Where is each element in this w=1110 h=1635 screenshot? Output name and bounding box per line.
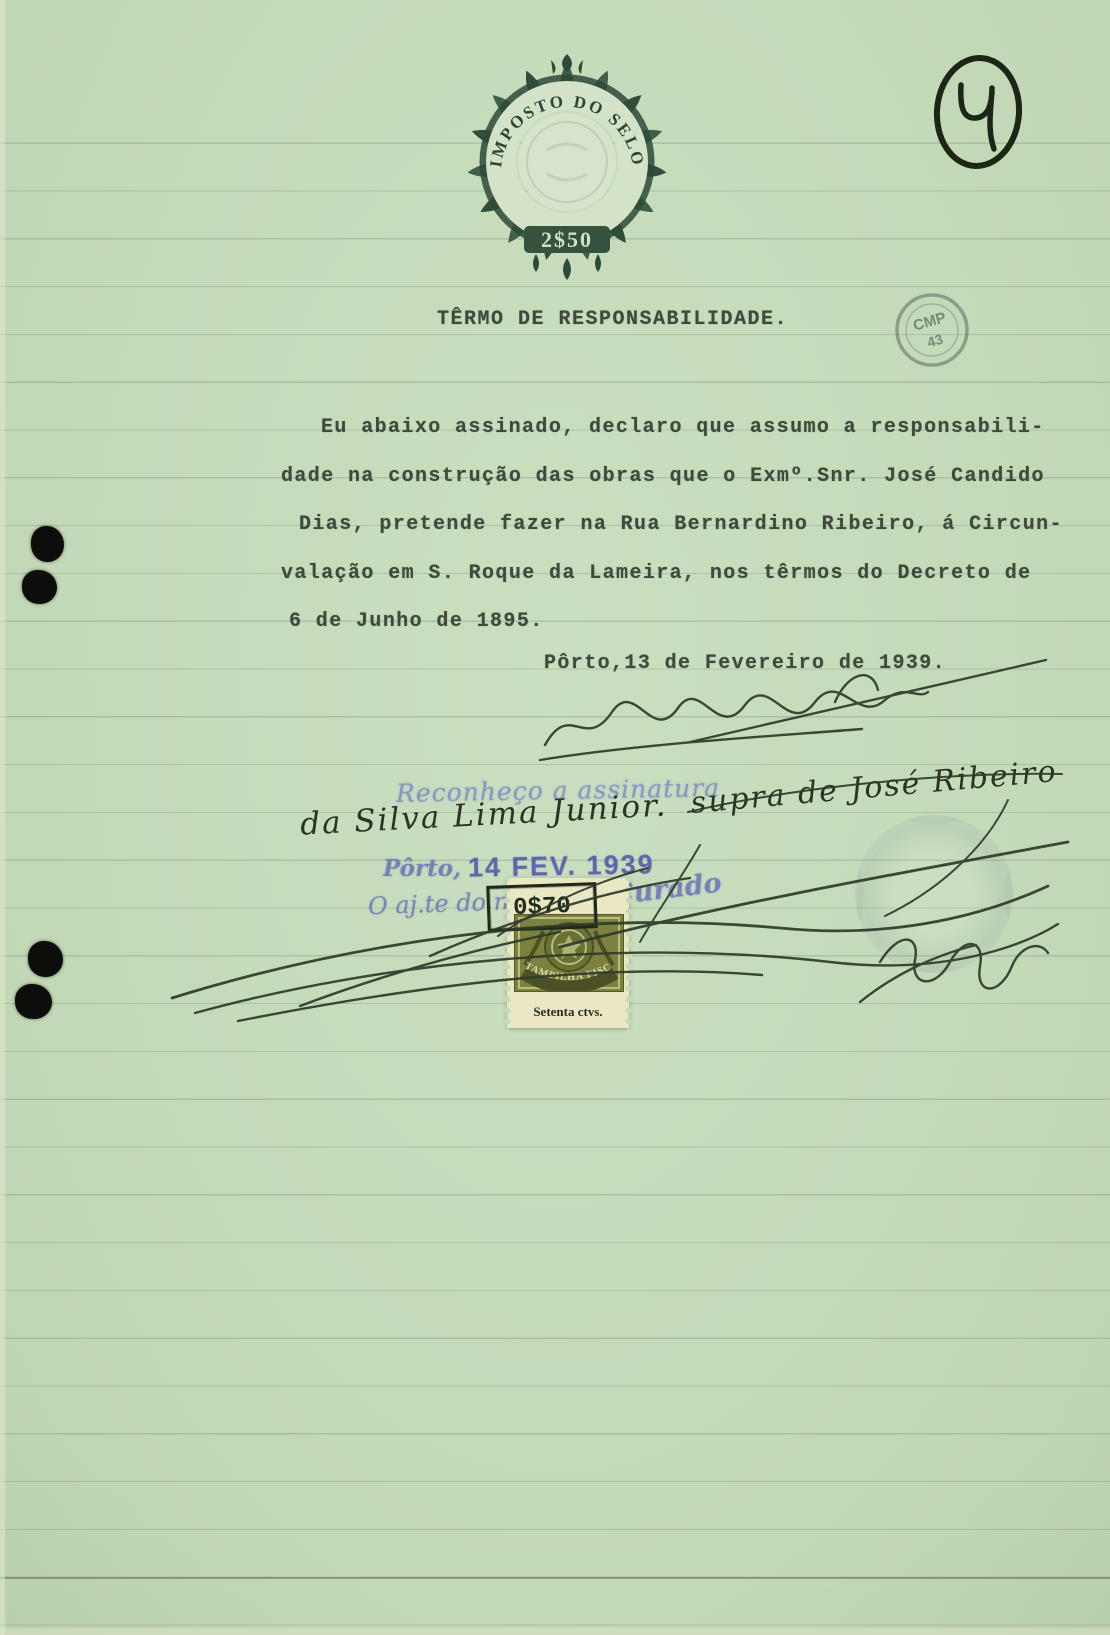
- imposto-do-selo-seal-icon: IMPOSTO DO SELO 2$50: [452, 50, 682, 282]
- body-line: Dias, pretende fazer na Rua Bernardino R…: [281, 501, 1063, 550]
- punch-hole: [28, 941, 63, 977]
- punch-hole: [15, 984, 52, 1019]
- paper-left-edge: [0, 0, 5, 1635]
- cmp-stamp-bottom: 43: [925, 331, 945, 351]
- document-page: IMPOSTO DO SELO 2$50 4 CMP 43 TÊRMO DE R…: [0, 0, 1110, 1635]
- bottom-ruled-line: [0, 1577, 1110, 1579]
- handwriting-name-line1: supra de José Ribeiro: [689, 754, 1059, 821]
- punch-hole: [31, 526, 64, 562]
- body-line: dade na construção das obras que o Exmº.…: [281, 453, 1063, 502]
- fiscal-stamp-value: Setenta ctvs.: [507, 1004, 629, 1020]
- punch-hole: [22, 570, 57, 604]
- cmp-round-stamp: CMP 43: [890, 290, 974, 370]
- body-paragraph: Eu abaixo assinado, declaro que assumo a…: [281, 404, 1063, 647]
- cmp-stamp-top: CMP: [911, 309, 948, 335]
- body-line: Eu abaixo assinado, declaro que assumo a…: [281, 404, 1063, 453]
- document-title: TÊRMO DE RESPONSABILIDADE.: [437, 308, 788, 331]
- date-stamp-place: Pôrto,: [383, 855, 461, 882]
- body-line: 6 de Junho de 1895.: [281, 598, 1063, 647]
- place-date-line: Pôrto,13 de Fevereiro de 1939.: [544, 652, 946, 675]
- handwritten-4: [961, 85, 994, 149]
- seal-value: 2$50: [541, 227, 593, 252]
- body-line: valação em S. Roque da Lameira, nos têrm…: [281, 550, 1063, 599]
- embossed-seal: [855, 815, 1013, 973]
- circled-page-number: [930, 52, 1026, 174]
- paper-bottom-edge: [0, 1628, 1110, 1635]
- fee-box-stamp: 0$70: [486, 882, 598, 932]
